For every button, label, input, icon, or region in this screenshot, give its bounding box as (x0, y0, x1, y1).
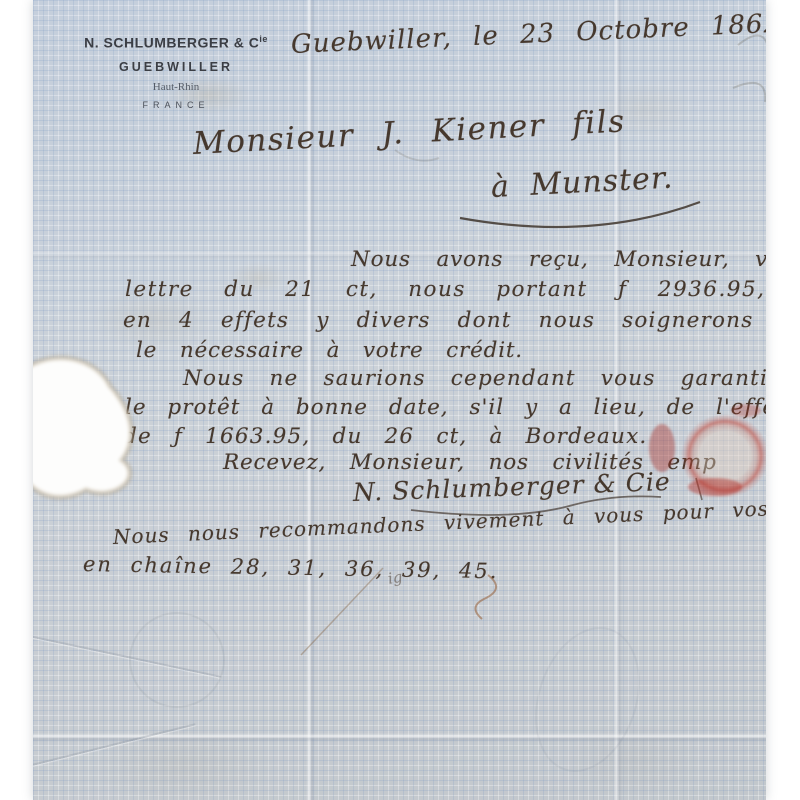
body-line-3: en 4 effets y divers dont nous soigneron… (123, 308, 753, 333)
letterhead-company-sup: ie (259, 34, 268, 44)
body-line-6: le protêt à bonne date, s'il y a lieu, d… (125, 395, 766, 420)
letterhead-country: FRANCE (51, 100, 301, 110)
letterhead-city: GUEBWILLER (51, 60, 301, 74)
letter-paper: N. SCHLUMBERGER & Cie GUEBWILLER Haut-Rh… (33, 0, 766, 800)
seal-ink-blob (731, 404, 761, 417)
seal-ink-blob (649, 424, 675, 472)
photo-background: N. SCHLUMBERGER & Cie GUEBWILLER Haut-Rh… (0, 0, 800, 800)
body-line-4: le nécessaire à votre crédit. (136, 338, 523, 363)
letterhead-company: N. SCHLUMBERGER & Cie (51, 34, 301, 51)
body-line-7: de ƒ 1663.95, du 26 ct, à Bordeaux. (123, 424, 647, 449)
body-line-1: Nous avons reçu, Monsieur, votre (351, 247, 766, 272)
marginal-mark: ig (386, 568, 403, 588)
printed-letterhead: N. SCHLUMBERGER & Cie GUEBWILLER Haut-Rh… (51, 34, 301, 110)
seal-ink-blob (688, 478, 742, 496)
body-line-5: Nous ne saurions cependant vous garantir (183, 366, 766, 391)
faded-postmark (129, 612, 225, 708)
letterhead-department: Haut-Rhin (51, 81, 301, 93)
body-line-2: lettre du 21 ct, nous portant ƒ 2936.95, (125, 277, 766, 302)
letterhead-company-text: N. SCHLUMBERGER & C (84, 35, 259, 51)
